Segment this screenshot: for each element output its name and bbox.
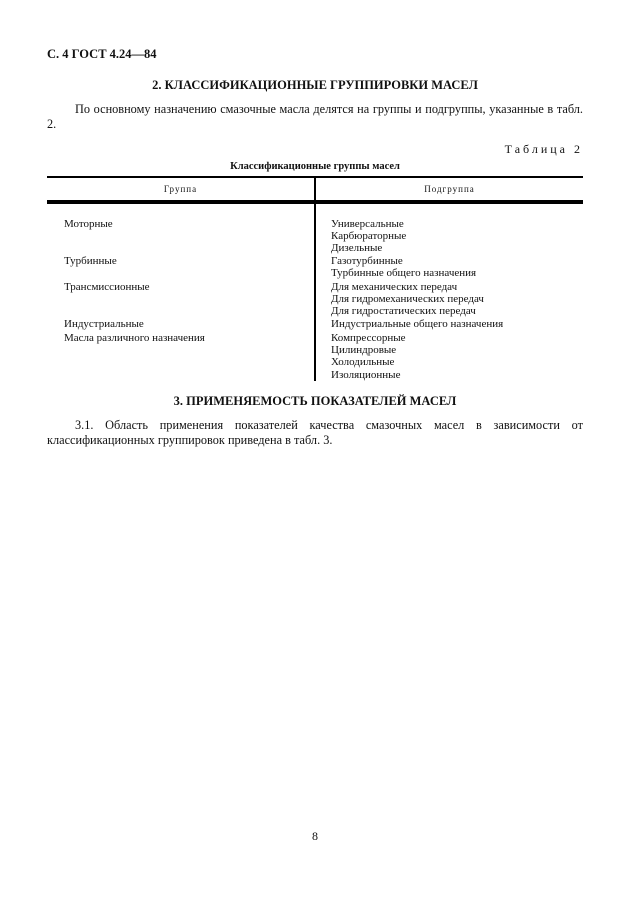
subgroup-item: Универсальные xyxy=(331,218,406,230)
subgroup-item: Карбюраторные xyxy=(331,230,406,242)
section-3-paragraph-text: 3.1. Область применения показателей каче… xyxy=(47,418,583,447)
table-row-group: Индустриальные xyxy=(64,318,144,330)
subgroup-item: Для гидростатических передач xyxy=(331,305,484,317)
subgroup-item: Компрессорные xyxy=(331,332,406,344)
table-row-subgroups: ГазотурбинныеТурбинные общего назначения xyxy=(331,255,476,279)
subgroup-item: Холодильные xyxy=(331,356,406,368)
table-row-subgroups: УниверсальныеКарбюраторныеДизельные xyxy=(331,218,406,255)
table-row-group: Турбинные xyxy=(64,255,117,267)
section-2-paragraph-text: По основному назначению смазочные масла … xyxy=(47,102,583,131)
section-3-paragraph: 3.1. Область применения показателей каче… xyxy=(47,418,583,448)
subgroup-item: Для механических передач xyxy=(331,281,484,293)
table-row-subgroups: Индустриальные общего назначения xyxy=(331,318,503,330)
section-2-title: 2. КЛАССИФИКАЦИОННЫЕ ГРУППИРОВКИ МАСЕЛ xyxy=(0,78,630,93)
column-header-group: Группа xyxy=(47,184,314,194)
subgroup-item: Газотурбинные xyxy=(331,255,476,267)
table-row-subgroups: КомпрессорныеЦилиндровыеХолодильныеИзоля… xyxy=(331,332,406,381)
table-column-divider xyxy=(314,176,316,381)
section-3-title: 3. ПРИМЕНЯЕМОСТЬ ПОКАЗАТЕЛЕЙ МАСЕЛ xyxy=(0,394,630,409)
section-2-paragraph: По основному назначению смазочные масла … xyxy=(47,102,583,132)
table-number: Таблица 2 xyxy=(505,142,583,157)
page-header: С. 4 ГОСТ 4.24—84 xyxy=(47,47,157,62)
table-row-group: Масла различного назначения xyxy=(64,332,205,344)
subgroup-item: Цилиндровые xyxy=(331,344,406,356)
table-row-group: Трансмиссионные xyxy=(64,281,150,293)
subgroup-item: Индустриальные общего назначения xyxy=(331,318,503,330)
table-row-group: Моторные xyxy=(64,218,113,230)
subgroup-item: Для гидромеханических передач xyxy=(331,293,484,305)
subgroup-item: Изоляционные xyxy=(331,369,406,381)
subgroup-item: Дизельные xyxy=(331,242,406,254)
subgroup-item: Турбинные общего назначения xyxy=(331,267,476,279)
column-header-subgroup: Подгруппа xyxy=(316,184,583,194)
page-number: 8 xyxy=(0,829,630,844)
table-row-subgroups: Для механических передачДля гидромеханич… xyxy=(331,281,484,318)
table-title: Классификационные группы масел xyxy=(0,161,630,172)
